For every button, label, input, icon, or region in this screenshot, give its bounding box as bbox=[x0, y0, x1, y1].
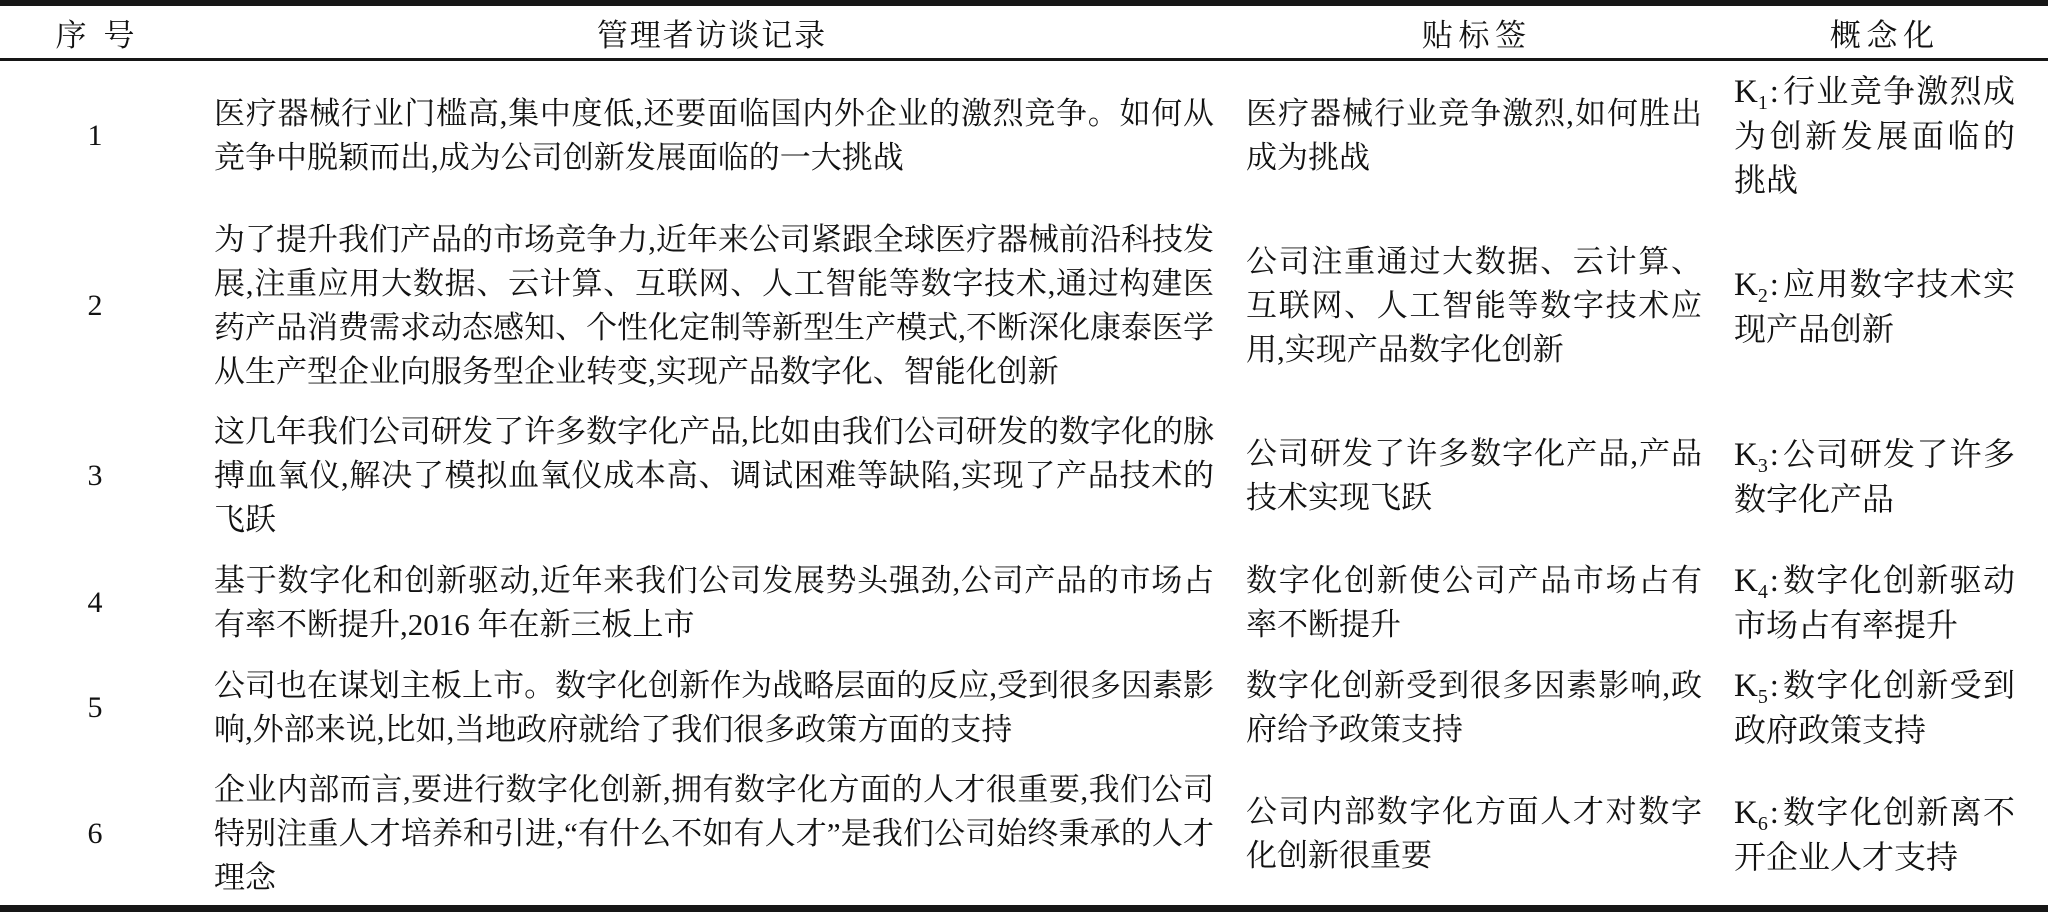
interview-record-cell: 基于数字化和创新驱动,近年来我们公司发展势头强劲,公司产品的市场占有率不断提升,… bbox=[190, 550, 1232, 655]
interview-record-cell: 这几年我们公司研发了许多数字化产品,比如由我们公司研发的数字化的脉搏血氧仪,解决… bbox=[190, 402, 1232, 550]
concept-colon: : bbox=[1768, 794, 1782, 830]
tag-label-cell: 数字化创新使公司产品市场占有率不断提升 bbox=[1232, 550, 1716, 655]
table-row: 6 企业内部而言,要进行数字化创新,拥有数字化方面的人才很重要,我们公司特别注重… bbox=[0, 760, 2048, 908]
table-row: 1 医疗器械行业门槛高,集中度低,还要面临国内外企业的激烈竞争。如何从竞争中脱颖… bbox=[0, 60, 2048, 211]
concept-key: K bbox=[1734, 437, 1758, 473]
interview-record-cell: 医疗器械行业门槛高,集中度低,还要面临国内外企业的激烈竞争。如何从竞争中脱颖而出… bbox=[190, 60, 1232, 211]
header-row: 序号 管理者访谈记录 贴标签 概念化 bbox=[0, 6, 2048, 60]
conceptualization-cell: K3:公司研发了许多数字化产品 bbox=[1716, 402, 2048, 550]
table-body: 1 医疗器械行业门槛高,集中度低,还要面临国内外企业的激烈竞争。如何从竞争中脱颖… bbox=[0, 60, 2048, 909]
conceptualization-cell: K1:行业竞争激烈成为创新发展面临的挑战 bbox=[1716, 60, 2048, 211]
concept-key-subscript: 6 bbox=[1758, 813, 1768, 835]
tag-label-cell: 数字化创新受到很多因素影响,政府给予政策支持 bbox=[1232, 655, 1716, 760]
conceptualization-cell: K4:数字化创新驱动市场占有率提升 bbox=[1716, 550, 2048, 655]
interview-record-cell: 企业内部而言,要进行数字化创新,拥有数字化方面的人才很重要,我们公司特别注重人才… bbox=[190, 760, 1232, 908]
interview-coding-table: 序号 管理者访谈记录 贴标签 概念化 1 医疗器械行业门槛高,集中度低,还要面临… bbox=[0, 0, 2048, 912]
concept-key: K bbox=[1734, 795, 1758, 831]
table-row: 5 公司也在谋划主板上市。数字化创新作为战略层面的反应,受到很多因素影响,外部来… bbox=[0, 655, 2048, 760]
header-serial-number: 序号 bbox=[0, 6, 190, 60]
concept-colon: : bbox=[1768, 73, 1782, 109]
concept-key: K bbox=[1734, 668, 1758, 704]
header-conceptualization: 概念化 bbox=[1716, 6, 2048, 60]
header-interview-record: 管理者访谈记录 bbox=[190, 6, 1232, 60]
table-row: 2 为了提升我们产品的市场竞争力,近年来公司紧跟全球医疗器械前沿科技发展,注重应… bbox=[0, 210, 2048, 402]
concept-colon: : bbox=[1768, 667, 1782, 703]
row-serial-number: 5 bbox=[0, 655, 190, 760]
concept-colon: : bbox=[1768, 266, 1782, 302]
table-row: 3 这几年我们公司研发了许多数字化产品,比如由我们公司研发的数字化的脉搏血氧仪,… bbox=[0, 402, 2048, 550]
row-serial-number: 3 bbox=[0, 402, 190, 550]
tag-label-cell: 公司研发了许多数字化产品,产品技术实现飞跃 bbox=[1232, 402, 1716, 550]
row-serial-number: 1 bbox=[0, 60, 190, 211]
conceptualization-cell: K5:数字化创新受到政府政策支持 bbox=[1716, 655, 2048, 760]
concept-key-subscript: 1 bbox=[1758, 92, 1768, 114]
concept-colon: : bbox=[1768, 436, 1782, 472]
interview-record-cell: 公司也在谋划主板上市。数字化创新作为战略层面的反应,受到很多因素影响,外部来说,… bbox=[190, 655, 1232, 760]
table-header: 序号 管理者访谈记录 贴标签 概念化 bbox=[0, 6, 2048, 60]
tag-label-cell: 公司注重通过大数据、云计算、互联网、人工智能等数字技术应用,实现产品数字化创新 bbox=[1232, 210, 1716, 402]
interview-record-cell: 为了提升我们产品的市场竞争力,近年来公司紧跟全球医疗器械前沿科技发展,注重应用大… bbox=[190, 210, 1232, 402]
tag-label-cell: 医疗器械行业竞争激烈,如何胜出成为挑战 bbox=[1232, 60, 1716, 211]
concept-key: K bbox=[1734, 563, 1758, 599]
conceptualization-cell: K2:应用数字技术实现产品创新 bbox=[1716, 210, 2048, 402]
tag-label-cell: 公司内部数字化方面人才对数字化创新很重要 bbox=[1232, 760, 1716, 908]
open-coding-table: 序号 管理者访谈记录 贴标签 概念化 1 医疗器械行业门槛高,集中度低,还要面临… bbox=[0, 6, 2048, 908]
concept-key-subscript: 4 bbox=[1758, 581, 1768, 603]
concept-key-subscript: 5 bbox=[1758, 686, 1768, 708]
concept-key-subscript: 3 bbox=[1758, 455, 1768, 477]
table-row: 4 基于数字化和创新驱动,近年来我们公司发展势头强劲,公司产品的市场占有率不断提… bbox=[0, 550, 2048, 655]
concept-key: K bbox=[1734, 74, 1758, 110]
concept-colon: : bbox=[1768, 562, 1782, 598]
concept-key-subscript: 2 bbox=[1758, 285, 1768, 307]
row-serial-number: 2 bbox=[0, 210, 190, 402]
concept-key: K bbox=[1734, 267, 1758, 303]
row-serial-number: 6 bbox=[0, 760, 190, 908]
header-tag-label: 贴标签 bbox=[1232, 6, 1716, 60]
conceptualization-cell: K6:数字化创新离不开企业人才支持 bbox=[1716, 760, 2048, 908]
row-serial-number: 4 bbox=[0, 550, 190, 655]
